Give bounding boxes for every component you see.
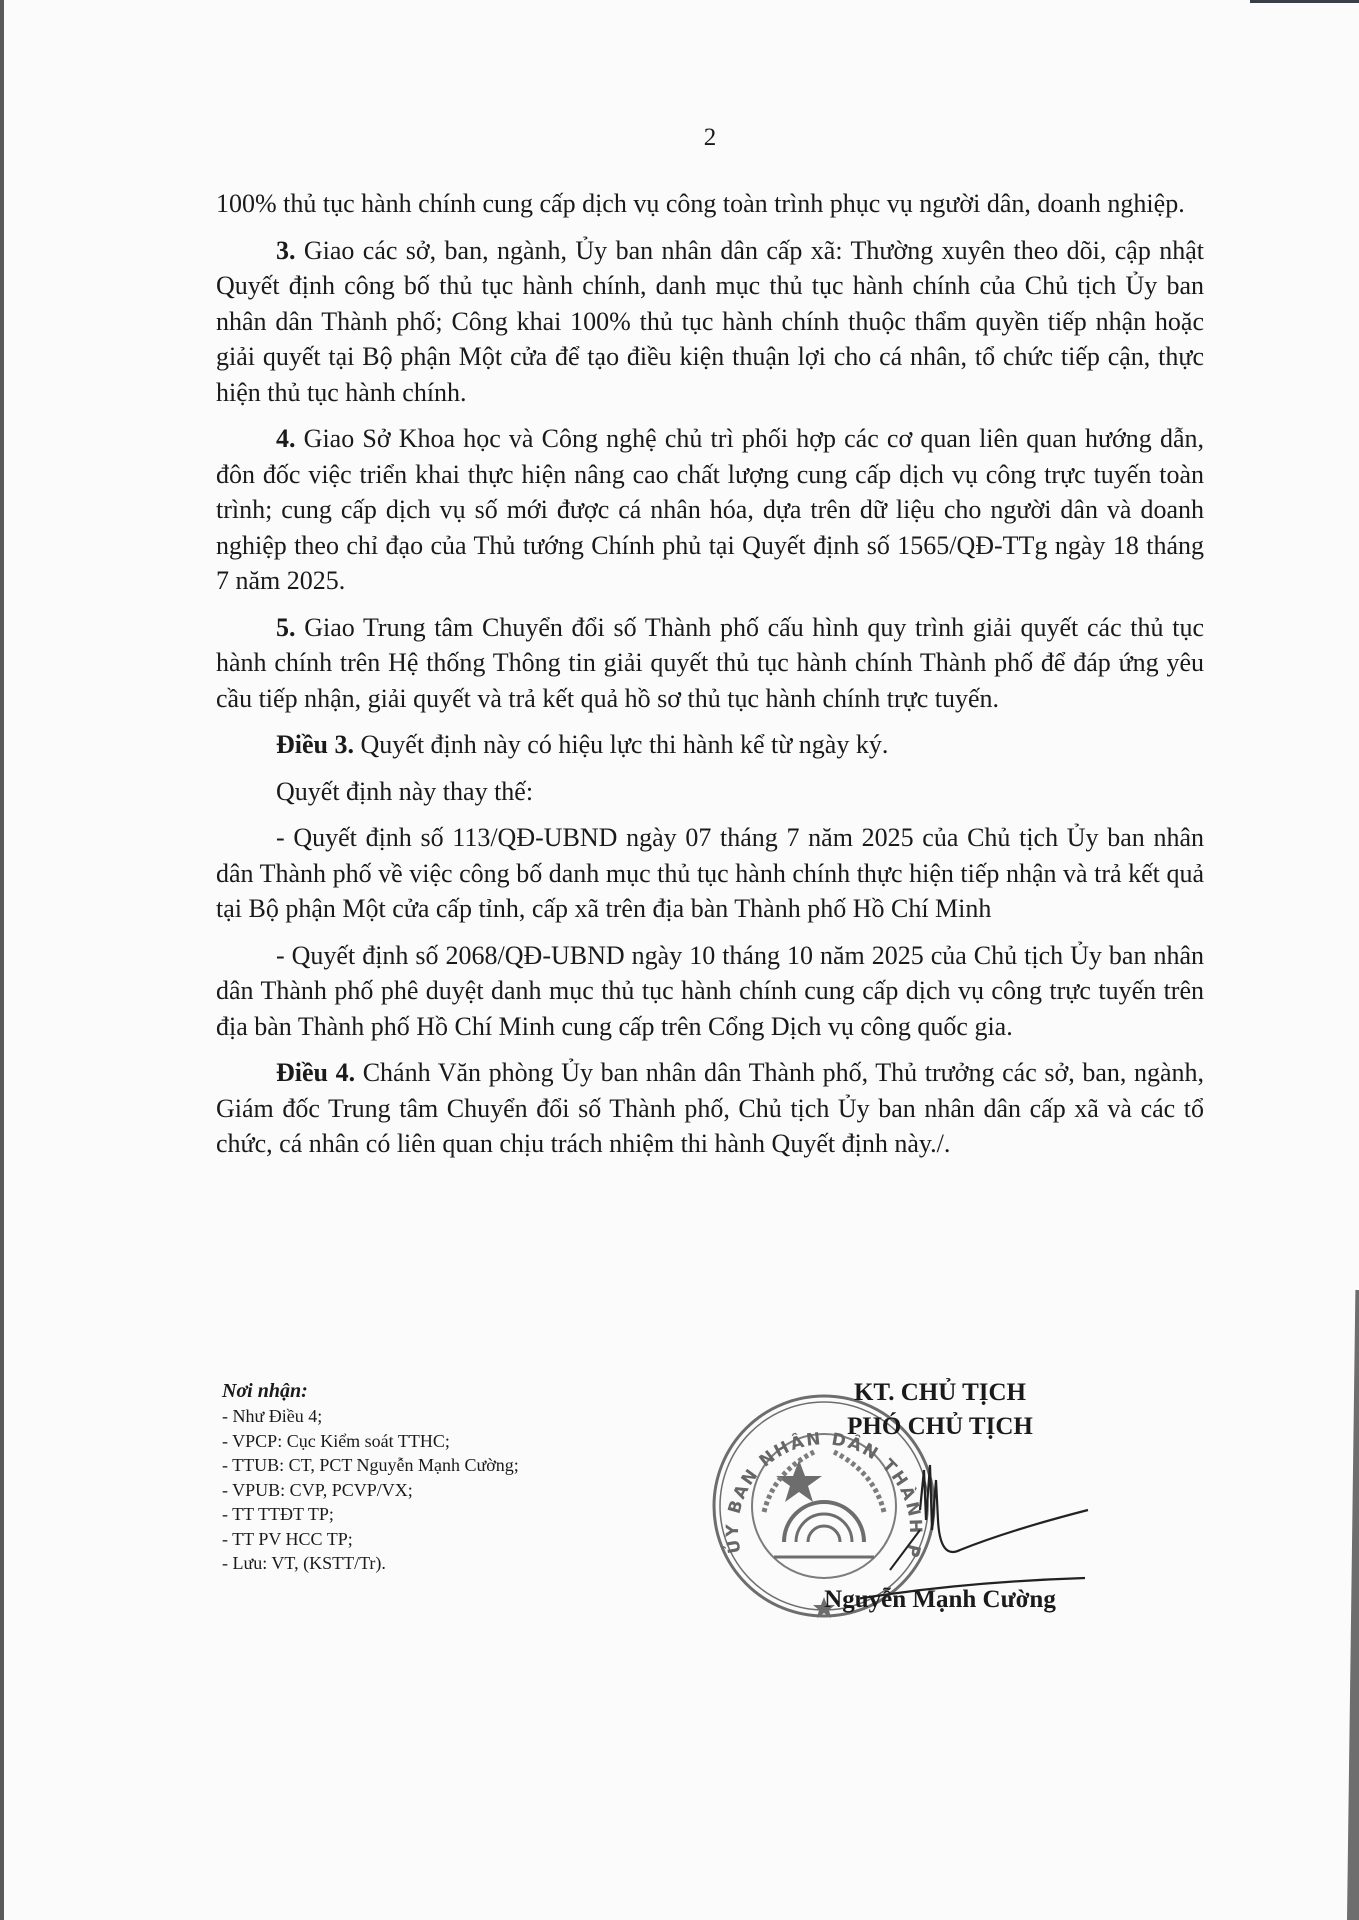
recipients-block: Nơi nhận: - Như Điều 4; - VPCP: Cục Kiểm… (222, 1378, 519, 1576)
signature-title-1: KT. CHỦ TỊCH (780, 1376, 1100, 1410)
paragraph-item-3: 3. Giao các sở, ban, ngành, Ủy ban nhân … (216, 233, 1204, 411)
document-body: 100% thủ tục hành chính cung cấp dịch vụ… (216, 186, 1204, 1162)
paragraph-continuation: 100% thủ tục hành chính cung cấp dịch vụ… (216, 186, 1204, 222)
recipient-item: - Lưu: VT, (KSTT/Tr). (222, 1551, 519, 1576)
signature-title-2: PHÓ CHỦ TỊCH (780, 1410, 1100, 1444)
recipients-title: Nơi nhận: (222, 1378, 519, 1404)
scan-right-edge (1347, 1290, 1359, 1920)
recipient-item: - TT TTĐT TP; (222, 1502, 519, 1527)
recipient-item: - VPCP: Cục Kiểm soát TTHC; (222, 1429, 519, 1454)
paragraph-replaces: Quyết định này thay thế: (216, 774, 1204, 810)
paragraph-item-4: 4. Giao Sở Khoa học và Công nghệ chủ trì… (216, 421, 1204, 599)
paragraph-article-4: Điều 4. Chánh Văn phòng Ủy ban nhân dân … (216, 1055, 1204, 1162)
paragraph-item-5: 5. Giao Trung tâm Chuyển đổi số Thành ph… (216, 610, 1204, 717)
paragraph-replaced-decision-2: - Quyết định số 2068/QĐ-UBND ngày 10 thá… (216, 938, 1204, 1045)
paragraph-article-3: Điều 3. Quyết định này có hiệu lực thi h… (216, 727, 1204, 763)
recipients-list: - Như Điều 4; - VPCP: Cục Kiểm soát TTHC… (222, 1404, 519, 1576)
page-number: 2 (0, 124, 1359, 152)
recipient-item: - TTUB: CT, PCT Nguyễn Mạnh Cường; (222, 1453, 519, 1478)
signature-block: KT. CHỦ TỊCH PHÓ CHỦ TỊCH (780, 1376, 1100, 1444)
scan-left-edge (0, 0, 4, 1920)
paragraph-replaced-decision-1: - Quyết định số 113/QĐ-UBND ngày 07 thán… (216, 820, 1204, 927)
recipient-item: - TT PV HCC TP; (222, 1527, 519, 1552)
handwritten-signature-icon (860, 1450, 1090, 1600)
scan-top-edge (1250, 0, 1359, 3)
recipient-item: - VPUB: CVP, PCVP/VX; (222, 1478, 519, 1503)
recipient-item: - Như Điều 4; (222, 1404, 519, 1429)
signer-name: Nguyễn Mạnh Cường (790, 1586, 1090, 1614)
